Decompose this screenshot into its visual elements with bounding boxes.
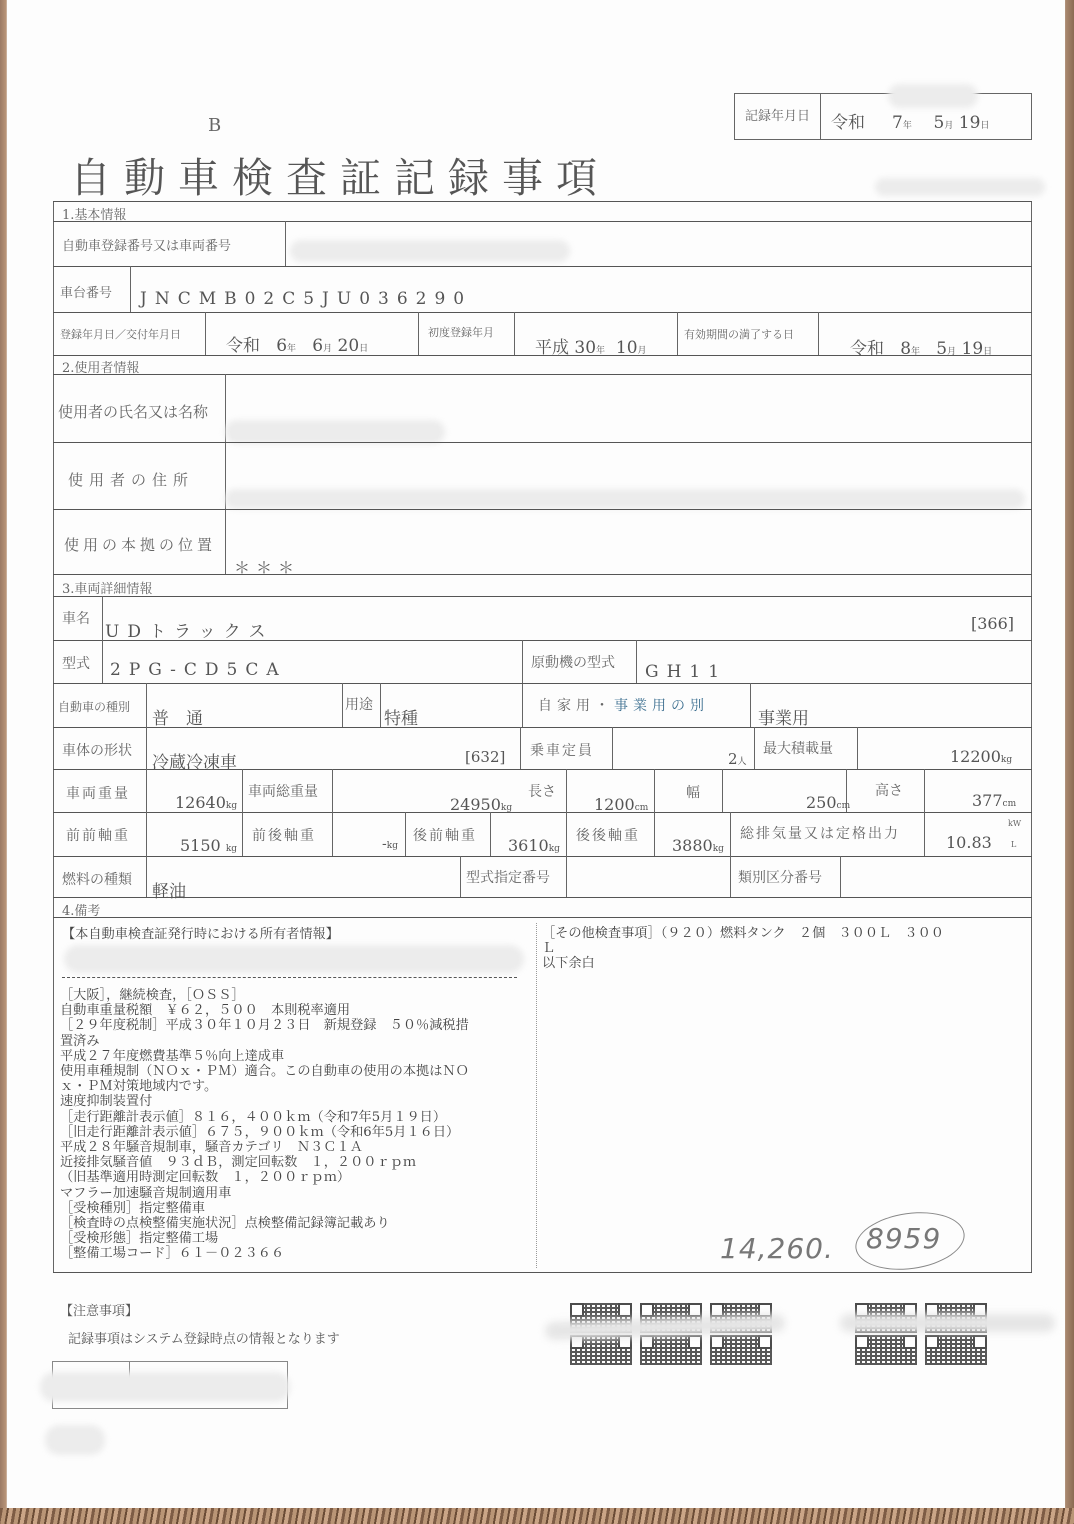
record-date-value: 令和 7年 5月 19日 (831, 108, 989, 133)
table-left-border (53, 201, 54, 1273)
notice-text: 記録事項はシステム登録時点の情報となります (68, 1328, 340, 1347)
user-name-redacted (225, 420, 445, 444)
remarks-line: ［整備工場コード］６１－０２３６６ (60, 1246, 469, 1261)
qr-redaction (840, 1314, 1055, 1332)
gross-weight-label: 車両総重量 (248, 781, 318, 801)
vehicle-weight-value: 12640kg (175, 793, 237, 812)
body-shape-code: [632] (465, 748, 505, 766)
base-location-label: 使用の本拠の位置 (64, 534, 216, 555)
vehicle-weight-label: 車両重量 (66, 783, 130, 803)
remarks-line: 以下余白 (542, 956, 944, 971)
remarks-line: ［２９年度税制］平成３０年１０月２３日 新規登録 ５０％減税措 (60, 1018, 469, 1033)
qr-code-icon (640, 1335, 702, 1365)
stamp-redacted (45, 1425, 105, 1455)
height-label: 高さ (875, 780, 903, 800)
remarks-line: 平成２７年度燃費基準５％向上達成車 (60, 1049, 469, 1064)
document-title: 自動車検査証記録事項 (70, 145, 610, 204)
remarks-right-text: ［その他検査事項］（９２０）燃料タンク ２個 ３００Ｌ ３００Ｌ以下余白 (542, 926, 944, 972)
redaction-mark (875, 178, 1045, 196)
remarks-line: ［走行距離計表示値］８１６，４００ｋｍ（令和7年5月１９日） (60, 1110, 469, 1125)
fuel-type-value: 軽油 (152, 877, 186, 902)
private-business-value: 事業用 (758, 704, 809, 729)
handwritten-odometer-note: 14,260. (720, 1232, 834, 1265)
engine-model-value: GH11 (645, 662, 727, 682)
type-designation-label: 型式指定番号 (466, 867, 550, 887)
remarks-line: ［検査時の点検整備実施状況］点検整備記録簿記載あり (60, 1216, 469, 1231)
owner-info-separator (62, 977, 517, 978)
displacement-value: 10.83 (946, 833, 992, 852)
front-front-axle-label: 前前軸重 (66, 825, 130, 845)
remarks-line: 使用車種規制（ＮＯｘ・ＰＭ）適合。この自動車の使用の本拠はＮＯ (60, 1064, 469, 1079)
usage-value: 特種 (384, 704, 418, 729)
remarks-line: 速度抑制装置付 (60, 1094, 469, 1109)
owner-info-heading: 【本自動車検査証発行時における所有者情報】 (62, 927, 339, 942)
form-code: B (208, 115, 221, 136)
engine-model-label: 原動機の型式 (531, 652, 615, 672)
displacement-label: 総排気量又は定格出力 (740, 823, 900, 843)
front-rear-axle-value: -kg (382, 836, 398, 852)
user-name-label: 使用者の氏名又は名称 (58, 401, 208, 422)
vehicle-type-value: 普 通 (152, 704, 203, 729)
vehicle-name-value: UDトラックス (105, 617, 273, 642)
first-registration-label: 初度登録年月 (428, 324, 494, 340)
capacity-value: 2人 (728, 750, 747, 768)
remarks-line: ［大阪］，継続検査，［ＯＳＳ］ (60, 988, 469, 1003)
vehicle-type-label: 自動車の種別 (58, 698, 130, 715)
qr-code-icon (570, 1335, 632, 1365)
remarks-line: マフラー加速騒音規制適用車 (60, 1186, 469, 1201)
owner-info-redacted (64, 945, 524, 973)
qr-code-icon (925, 1335, 987, 1365)
record-date-label: 記録年月日 (735, 94, 821, 139)
record-date-box: 記録年月日 令和 7年 5月 19日 (734, 93, 1032, 140)
displacement-unit-kw: kW (1008, 819, 1021, 828)
category-number-label: 類別区分番号 (738, 867, 822, 887)
qr-code-icon (855, 1335, 917, 1365)
rear-rear-axle-label: 後後軸重 (576, 825, 640, 845)
width-label: 幅 (686, 782, 700, 802)
qr-code-icon (710, 1335, 772, 1365)
model-label: 型式 (62, 653, 90, 673)
remarks-line: 自動車重量税額 ￥６２，５００ 本則税率適用 (60, 1003, 469, 1018)
redaction-mark (888, 84, 978, 108)
max-load-label: 最大積載量 (763, 738, 833, 758)
rear-front-axle-value: 3610kg (508, 836, 560, 855)
vehicle-name-label: 車名 (62, 608, 90, 628)
fuel-type-label: 燃料の種類 (62, 869, 132, 889)
remarks-line: 置済み (60, 1034, 469, 1049)
user-address-redacted (225, 489, 1025, 509)
wooden-table-background (0, 1508, 1074, 1524)
stamp-redacted (40, 1372, 290, 1402)
remarks-left-text: ［大阪］，継続検査，［ＯＳＳ］自動車重量税額 ￥６２，５００ 本則税率適用［２９… (60, 988, 469, 1262)
remarks-line: 近接排気騒音値 ９３ｄＢ，測定回転数 １，２００ｒｐｍ (60, 1155, 469, 1170)
user-address-label: 使用者の住所 (68, 469, 194, 490)
notice-heading: 【注意事項】 (60, 1300, 138, 1319)
front-rear-axle-label: 前後軸重 (252, 825, 316, 845)
remarks-line: ［受検形態］指定整備工場 (60, 1231, 469, 1246)
chassis-number-value: JNCMB02C5JU036290 (140, 289, 472, 309)
registration-number-label: 自動車登録番号又は車両番号 (62, 235, 231, 254)
chassis-number-label: 車台番号 (60, 282, 112, 301)
private-business-label: 自家用・事業用の別 (538, 695, 709, 715)
model-value: 2PG-CD5CA (110, 660, 287, 680)
remarks-line: （旧基準適用時測定回転数 １，２００ｒｐｍ） (60, 1170, 469, 1185)
table-right-border (1031, 201, 1032, 1273)
displacement-unit-l: L (1011, 840, 1016, 849)
expiry-date-label: 有効期間の満了する日 (684, 326, 794, 342)
remarks-column-divider (536, 923, 537, 1268)
vehicle-name-code: [366] (971, 614, 1014, 633)
capacity-label: 乗車定員 (530, 740, 594, 760)
registration-date-label: 登録年月日／交付年月日 (60, 326, 181, 342)
remarks-line: ［その他検査事項］（９２０）燃料タンク ２個 ３００Ｌ ３００ (542, 926, 944, 941)
registration-date-value: 令和 6年 6月 20日 (226, 331, 368, 356)
max-load-value: 12200kg (950, 747, 1012, 766)
rear-rear-axle-value: 3880kg (672, 836, 724, 855)
front-front-axle-value: 5150 kg (180, 836, 237, 855)
width-value: 250cm (806, 793, 850, 812)
remarks-line: ［受検種別］指定整備車 (60, 1201, 469, 1216)
length-label: 長さ (528, 781, 556, 801)
height-value: 377cm (972, 791, 1016, 810)
body-shape-label: 車体の形状 (62, 740, 132, 760)
registration-number-redacted (290, 240, 570, 262)
handwritten-circled-number: 8959 (866, 1222, 941, 1255)
remarks-line: Ｌ (542, 941, 944, 956)
rear-front-axle-label: 後前軸重 (413, 825, 477, 845)
usage-label: 用途 (345, 694, 373, 714)
remarks-line: 平成２８年騒音規制車，騒音カテゴリ Ｎ３Ｃ１Ａ (60, 1140, 469, 1155)
remarks-line: ［旧走行距離計表示値］６７５，９００ｋｍ（令和6年5月１６日） (60, 1125, 469, 1140)
remarks-line: ｘ・ＰＭ対策地域内です。 (60, 1079, 469, 1094)
section-heading-vehicle-details: 3.車両詳細情報 (62, 578, 152, 597)
